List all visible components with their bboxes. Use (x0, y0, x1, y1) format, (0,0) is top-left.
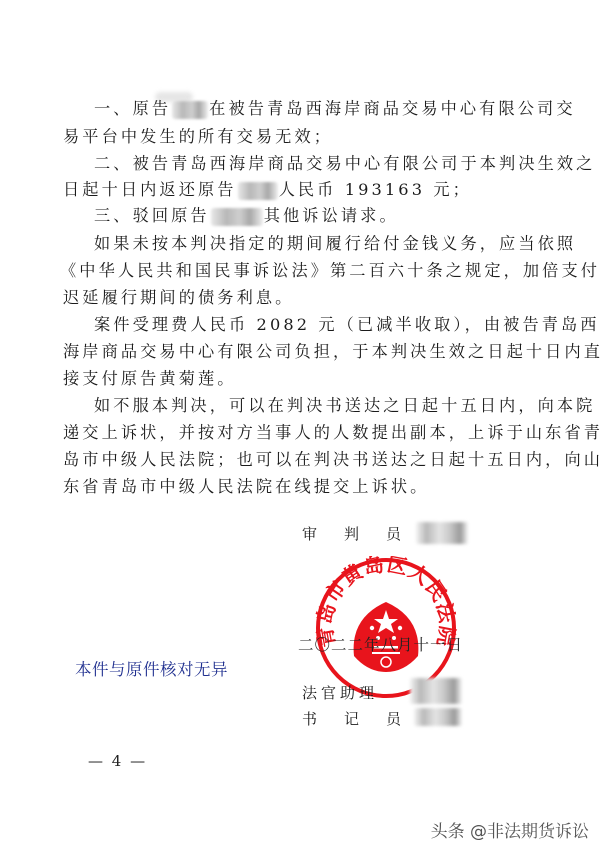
redacted-name (238, 182, 278, 200)
appeal-line-3: 岛市中级人民法院；也可以在判决书送达之日起十五日内，向山 (63, 448, 463, 472)
redacted-clerk-name (414, 708, 462, 726)
judgment-page: 一、原告在被告青岛西海岸商品交易中心有限公司交 易平台中发生的所有交易无效； 二… (0, 0, 601, 850)
clerk-row: 书 记 员 (302, 707, 407, 731)
judgment-date: 二〇二二年八月十一日 (298, 633, 463, 655)
text-segment: 一、原告 (94, 99, 171, 118)
text-segment: 在被告青岛西海岸商品交易中心有限公司交 (209, 99, 575, 118)
ruling-3-line-1: 三、驳回原告其他诉讼请求。 (94, 204, 494, 228)
redacted-name (172, 101, 208, 119)
redacted-name (211, 208, 263, 226)
court-fee-line-1: 案件受理费人民币 2082 元（已减半收取），由被告青岛西 (94, 313, 494, 337)
court-fee-line-3: 接支付原告黄菊莲。 (63, 367, 463, 391)
ruling-1-line-1: 一、原告在被告青岛西海岸商品交易中心有限公司交 (94, 97, 494, 121)
appeal-line-4: 东省青岛市中级人民法院在线提交上诉状。 (63, 475, 463, 499)
appeal-line-2: 递交上诉状，并按对方当事人的人数提出副本，上诉于山东省青 (63, 421, 463, 445)
late-payment-line-3: 迟延履行期间的债务利息。 (63, 286, 463, 310)
late-payment-line-1: 如果未按本判决指定的期间履行给付金钱义务，应当依照 (94, 232, 494, 256)
text-segment: 三、驳回原告 (94, 206, 210, 225)
redacted-clerk-assistant-name (410, 678, 462, 704)
judge-label: 审 判 员 (302, 522, 407, 546)
ruling-1-line-2: 易平台中发生的所有交易无效； (63, 125, 463, 149)
court-fee-line-2: 海岸商品交易中心有限公司负担，于本判决生效之日起十日内直 (63, 340, 463, 364)
judge-signature-row: 审 判 员 (302, 522, 407, 546)
text-segment: 人民币 193163 元； (279, 180, 472, 199)
ruling-2-line-2: 日起十日内返还原告人民币 193163 元； (63, 178, 463, 202)
verification-note: 本件与原件核对无异 (75, 656, 228, 680)
clerk-label: 书 记 员 (302, 707, 407, 731)
text-segment: 日起十日内返还原告 (63, 180, 237, 199)
source-watermark: 头条 @非法期货诉讼 (431, 817, 589, 842)
redacted-judge-name (416, 522, 468, 544)
text-segment: 其他诉讼请求。 (264, 206, 399, 225)
ruling-2-line-1: 二、被告青岛西海岸商品交易中心有限公司于本判决生效之 (94, 152, 494, 176)
clerk-assistant-label: 法官助理 (302, 681, 378, 705)
clerk-assistant-row: 法官助理 (302, 681, 378, 705)
late-payment-line-2: 《中华人民共和国民事诉讼法》第二百六十条之规定，加倍支付 (60, 259, 460, 283)
appeal-line-1: 如不服本判决，可以在判决书送达之日起十五日内，向本院 (94, 394, 494, 418)
page-number: — 4 — (88, 752, 147, 770)
